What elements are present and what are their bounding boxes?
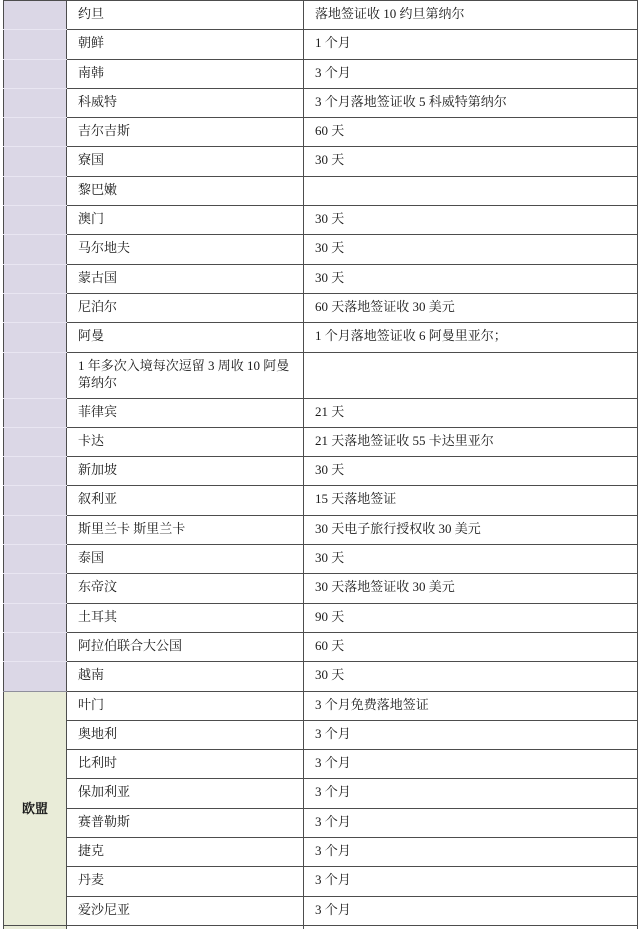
country-cell: 捷克 <box>67 838 304 867</box>
country-cell: 澳门 <box>67 206 304 235</box>
country-cell: 保加利亚 <box>67 779 304 808</box>
category-cell <box>4 545 67 574</box>
detail-cell: 60 天落地签证收 30 美元 <box>304 293 638 322</box>
detail-cell: 3 个月 <box>304 867 638 896</box>
detail-cell: 3 个月 <box>304 896 638 925</box>
table-row: 南韩3 个月 <box>4 59 638 88</box>
detail-cell: 3 个月 <box>304 750 638 779</box>
table-row: 寮国30 天 <box>4 147 638 176</box>
table-row: 爱沙尼亚3 个月 <box>4 896 638 925</box>
detail-cell: 3 个月 <box>304 838 638 867</box>
country-cell: 南韩 <box>67 59 304 88</box>
detail-cell: 60 天 <box>304 632 638 661</box>
table-row: 新加坡30 天 <box>4 457 638 486</box>
table-row: 蒙古国30 天 <box>4 264 638 293</box>
table-row: 菲律宾21 天 <box>4 398 638 427</box>
country-cell: 1 年多次入境每次逗留 3 周收 10 阿曼第纳尔 <box>67 352 304 398</box>
category-cell <box>4 398 67 427</box>
detail-cell: 30 天落地签证收 30 美元 <box>304 574 638 603</box>
country-cell: 黎巴嫩 <box>67 176 304 205</box>
table-row: 欧盟叶门3 个月免费落地签证 <box>4 691 638 720</box>
detail-cell: 30 天 <box>304 235 638 264</box>
detail-cell: 1 个月落地签证收 6 阿曼里亚尔； <box>304 323 638 352</box>
table-row: 土耳其90 天 <box>4 603 638 632</box>
table-row: 朝鲜1 个月 <box>4 30 638 59</box>
category-cell <box>4 147 67 176</box>
country-cell: 科威特 <box>67 88 304 117</box>
country-cell: 斯里兰卡 斯里兰卡 <box>67 515 304 544</box>
country-cell: 叙利亚 <box>67 486 304 515</box>
table-row: 尼泊尔60 天落地签证收 30 美元 <box>4 293 638 322</box>
country-cell: 阿拉伯联合大公国 <box>67 632 304 661</box>
country-cell: 新加坡 <box>67 457 304 486</box>
category-cell <box>4 515 67 544</box>
visa-table-page: 约旦落地签证收 10 约旦第纳尔朝鲜1 个月南韩3 个月科威特3 个月落地签证收… <box>0 0 640 929</box>
detail-cell: 3 个月免费落地签证 <box>304 691 638 720</box>
category-cell <box>4 662 67 691</box>
category-cell <box>4 352 67 398</box>
detail-cell: 30 天 <box>304 206 638 235</box>
country-cell: 泰国 <box>67 545 304 574</box>
country-cell: 比利时 <box>67 750 304 779</box>
table-row: 保加利亚3 个月 <box>4 779 638 808</box>
country-cell: 马尔地夫 <box>67 235 304 264</box>
detail-cell: 60 天 <box>304 118 638 147</box>
table-row: 捷克3 个月 <box>4 838 638 867</box>
country-cell: 尼泊尔 <box>67 293 304 322</box>
table-row: 比利时3 个月 <box>4 750 638 779</box>
detail-cell: 21 天落地签证收 55 卡达里亚尔 <box>304 427 638 456</box>
country-cell <box>67 925 304 929</box>
category-cell <box>4 925 67 929</box>
category-cell <box>4 88 67 117</box>
table-row: 约旦落地签证收 10 约旦第纳尔 <box>4 1 638 30</box>
detail-cell: 30 天电子旅行授权收 30 美元 <box>304 515 638 544</box>
category-cell <box>4 59 67 88</box>
country-cell: 阿曼 <box>67 323 304 352</box>
country-cell: 吉尔吉斯 <box>67 118 304 147</box>
country-cell: 越南 <box>67 662 304 691</box>
detail-cell: 30 天 <box>304 662 638 691</box>
category-cell <box>4 427 67 456</box>
table-row: 叙利亚15 天落地签证 <box>4 486 638 515</box>
country-cell: 朝鲜 <box>67 30 304 59</box>
category-cell <box>4 603 67 632</box>
category-cell <box>4 235 67 264</box>
country-cell: 寮国 <box>67 147 304 176</box>
category-cell <box>4 118 67 147</box>
table-row: 阿曼1 个月落地签证收 6 阿曼里亚尔； <box>4 323 638 352</box>
country-cell: 爱沙尼亚 <box>67 896 304 925</box>
detail-cell: 3 个月 <box>304 720 638 749</box>
detail-cell: 30 天 <box>304 147 638 176</box>
category-cell <box>4 1 67 30</box>
table-row: 1 年多次入境每次逗留 3 周收 10 阿曼第纳尔 <box>4 352 638 398</box>
detail-cell: 1 个月 <box>304 30 638 59</box>
table-row: 赛普勒斯3 个月 <box>4 808 638 837</box>
detail-cell: 3 个月 <box>304 779 638 808</box>
table-row: 东帝汶30 天落地签证收 30 美元 <box>4 574 638 603</box>
category-cell <box>4 574 67 603</box>
table-row-partial <box>4 925 638 929</box>
table-row: 斯里兰卡 斯里兰卡30 天电子旅行授权收 30 美元 <box>4 515 638 544</box>
detail-cell: 15 天落地签证 <box>304 486 638 515</box>
detail-cell: 90 天 <box>304 603 638 632</box>
category-cell <box>4 206 67 235</box>
category-cell <box>4 486 67 515</box>
table-row: 吉尔吉斯60 天 <box>4 118 638 147</box>
detail-cell: 3 个月 <box>304 59 638 88</box>
table-row: 泰国30 天 <box>4 545 638 574</box>
table-row: 马尔地夫30 天 <box>4 235 638 264</box>
table-row: 卡达21 天落地签证收 55 卡达里亚尔 <box>4 427 638 456</box>
table-row: 阿拉伯联合大公国60 天 <box>4 632 638 661</box>
category-cell <box>4 293 67 322</box>
country-cell: 卡达 <box>67 427 304 456</box>
detail-cell: 落地签证收 10 约旦第纳尔 <box>304 1 638 30</box>
table-row: 越南30 天 <box>4 662 638 691</box>
table-row: 黎巴嫩 <box>4 176 638 205</box>
category-cell <box>4 264 67 293</box>
detail-cell: 21 天 <box>304 398 638 427</box>
category-cell <box>4 323 67 352</box>
detail-cell <box>304 352 638 398</box>
detail-cell: 3 个月 <box>304 808 638 837</box>
visa-table-body: 约旦落地签证收 10 约旦第纳尔朝鲜1 个月南韩3 个月科威特3 个月落地签证收… <box>4 1 638 929</box>
country-cell: 约旦 <box>67 1 304 30</box>
category-cell <box>4 632 67 661</box>
country-cell: 东帝汶 <box>67 574 304 603</box>
table-row: 奥地利3 个月 <box>4 720 638 749</box>
category-cell <box>4 176 67 205</box>
category-cell <box>4 457 67 486</box>
table-row: 科威特3 个月落地签证收 5 科威特第纳尔 <box>4 88 638 117</box>
detail-cell: 3 个月落地签证收 5 科威特第纳尔 <box>304 88 638 117</box>
detail-cell <box>304 176 638 205</box>
detail-cell: 30 天 <box>304 457 638 486</box>
country-cell: 蒙古国 <box>67 264 304 293</box>
country-cell: 赛普勒斯 <box>67 808 304 837</box>
country-cell: 奥地利 <box>67 720 304 749</box>
country-cell: 菲律宾 <box>67 398 304 427</box>
table-row: 丹麦3 个月 <box>4 867 638 896</box>
table-row: 澳门30 天 <box>4 206 638 235</box>
visa-table: 约旦落地签证收 10 约旦第纳尔朝鲜1 个月南韩3 个月科威特3 个月落地签证收… <box>3 0 638 929</box>
country-cell: 丹麦 <box>67 867 304 896</box>
category-cell-eu: 欧盟 <box>4 691 67 925</box>
detail-cell: 30 天 <box>304 545 638 574</box>
country-cell: 叶门 <box>67 691 304 720</box>
country-cell: 土耳其 <box>67 603 304 632</box>
detail-cell: 30 天 <box>304 264 638 293</box>
detail-cell <box>304 925 638 929</box>
category-cell <box>4 30 67 59</box>
